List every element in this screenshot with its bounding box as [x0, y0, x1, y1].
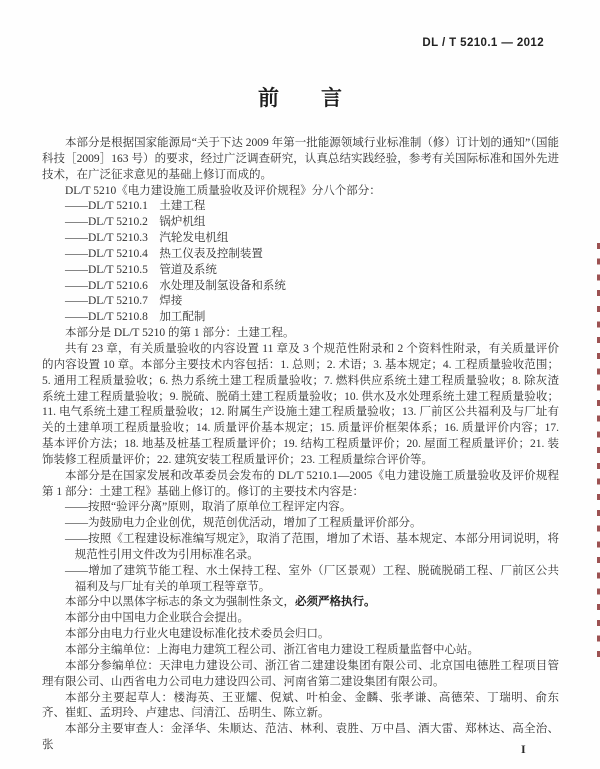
- series-part-item: ——DL/T 5210.2 锅炉机组: [42, 215, 559, 231]
- series-part-item: ——DL/T 5210.3 汽轮发电机组: [42, 231, 559, 247]
- paragraph-revision-basis: 本部分是在国家发展和改革委员会发布的 DL/T 5210.1—2005《电力建设…: [42, 469, 559, 501]
- standard-number: DL / T 5210.1 — 2012: [422, 37, 544, 49]
- revision-item: ——按照“验评分离”原则，取消了原单位工程评定内容。: [42, 500, 559, 516]
- paragraph-series-intro: DL/T 5210《电力建设施工质量验收及评价规程》分八个部分：: [42, 184, 559, 200]
- series-part-item: ——DL/T 5210.7 焊接: [42, 294, 559, 310]
- revision-item: ——按照《工程建设标准编写规定》，取消了范围，增加了术语、基本规定、本部分用词说…: [42, 532, 559, 564]
- paragraph-chapters: 共有 23 章，有关质量验收的内容设置 11 章及 3 个规范性附录和 2 个资…: [42, 342, 559, 469]
- paragraph-intro: 本部分是根据国家能源局“关于下达 2009 年第一批能源领域行业标准制（修）订计…: [42, 136, 559, 184]
- paragraph-proposed-by: 本部分由中国电力企业联合会提出。: [42, 611, 559, 627]
- mandatory-bold-text: 必须严格执行。: [295, 596, 376, 608]
- paragraph-part-statement: 本部分是 DL/T 5210 的第 1 部分：土建工程。: [42, 326, 559, 342]
- page-number: I: [521, 742, 526, 757]
- revision-item: ——增加了建筑节能工程、水土保持工程、室外（厂区景观）工程、脱硫脱硝工程、厂前区…: [42, 564, 559, 596]
- revision-item: ——为鼓励电力企业创优，规范创优活动，增加了工程质量评价部分。: [42, 516, 559, 532]
- paragraph-drafters: 本部分主要起草人：楼海英、王亚耀、倪斌、叶柏金、金麟、张孝谦、高德荣、丁瑞明、俞…: [42, 691, 559, 723]
- paragraph-mandatory: 本部分中以黑体字标志的条文为强制性条文，必须严格执行。: [42, 595, 559, 611]
- foreword-body: 本部分是根据国家能源局“关于下达 2009 年第一批能源领域行业标准制（修）订计…: [42, 136, 559, 754]
- paragraph-participating-orgs: 本部分参编单位：天津电力建设公司、浙江省二建建设集团有限公司、北京国电德胜工程项…: [42, 659, 559, 691]
- paragraph-reviewers: 本部分主要审查人：金泽华、朱顺达、范洁、林利、袁胜、万中昌、酒大雷、郑林达、高全…: [42, 722, 559, 754]
- paragraph-chief-org: 本部分主编单位：上海电力建筑工程公司、浙江省电力建设工程质量监督中心站。: [42, 643, 559, 659]
- series-part-item: ——DL/T 5210.4 热工仪表及控制装置: [42, 247, 559, 263]
- document-page: DL / T 5210.1 — 2012 前 言 本部分是根据国家能源局“关于下…: [0, 0, 600, 769]
- series-part-item: ——DL/T 5210.1 土建工程: [42, 199, 559, 215]
- paragraph-centralized-by: 本部分由电力行业火电建设标准化技术委员会归口。: [42, 627, 559, 643]
- series-part-item: ——DL/T 5210.8 加工配制: [42, 310, 559, 326]
- page-title: 前 言: [0, 82, 600, 112]
- series-part-item: ——DL/T 5210.6 水处理及制氢设备和系统: [42, 279, 559, 295]
- document-header: DL / T 5210.1 — 2012: [422, 37, 544, 49]
- series-part-item: ——DL/T 5210.5 管道及系统: [42, 263, 559, 279]
- mandatory-prefix: 本部分中以黑体字标志的条文为强制性条文，: [65, 596, 295, 608]
